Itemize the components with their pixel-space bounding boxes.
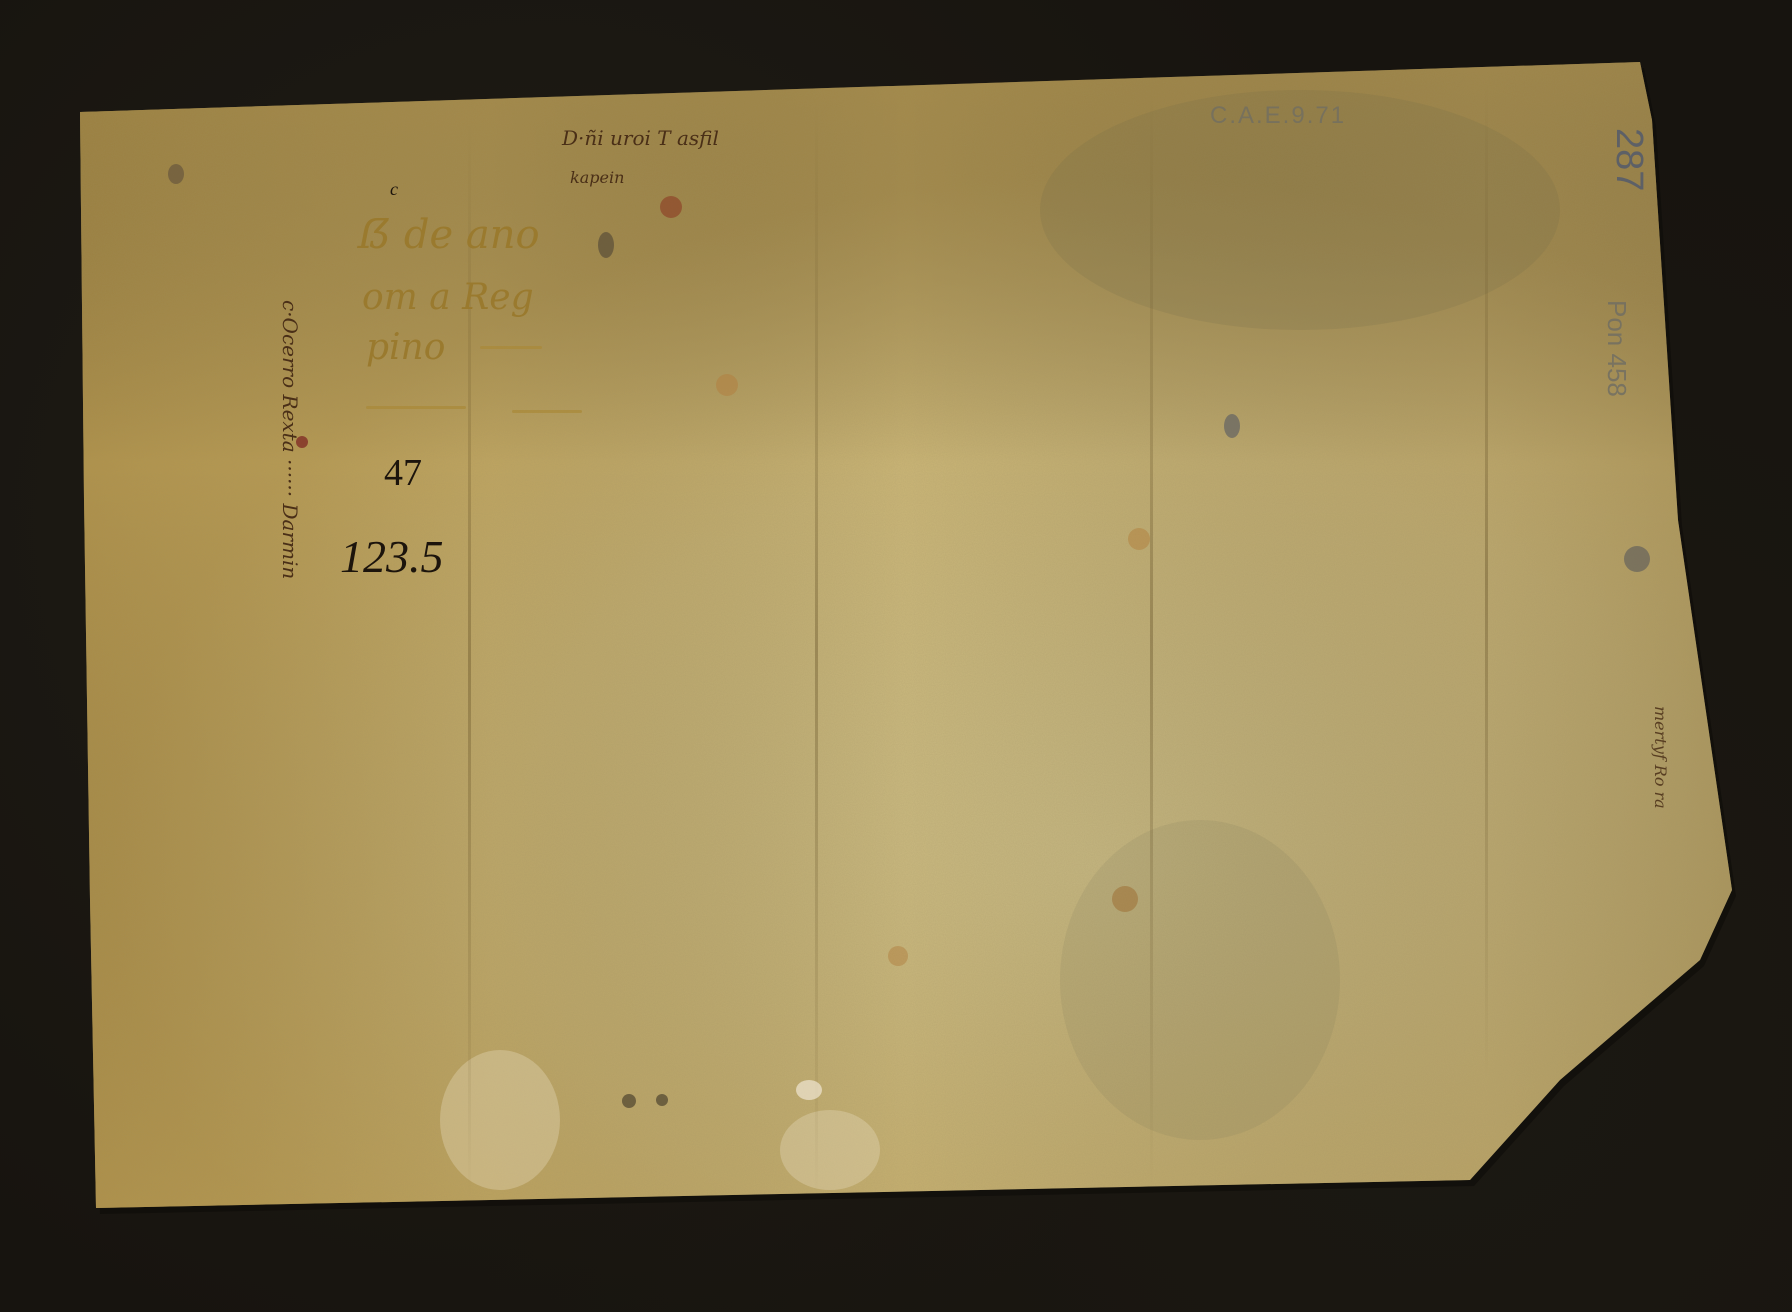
ochre-block-line2: om a Reg — [362, 280, 534, 316]
small-mark: c — [390, 180, 398, 198]
number-upper: 47 — [384, 454, 422, 492]
stain-spot — [168, 164, 184, 184]
top-right-pencil-shelfmark: C.A.E.9.71 — [1210, 104, 1346, 128]
stain-spot — [716, 374, 738, 396]
right-margin-vertical-number: Pon 458 — [1604, 300, 1630, 397]
stain-spot — [1128, 528, 1150, 550]
parchment: D·ñi uroi T asfil kapein c ẞ de ano om a… — [0, 0, 1792, 1312]
top-center-note-line1: D·ñi uroi T asfil — [562, 128, 719, 148]
ochre-block-line3: pino — [366, 330, 445, 366]
number-lower: 123.5 — [340, 534, 444, 580]
stain-spot — [1224, 414, 1240, 438]
stain-spot — [1112, 886, 1138, 912]
stain-spot — [598, 232, 614, 258]
stain-spot — [888, 946, 908, 966]
parchment-shape — [0, 0, 1792, 1312]
fold-line — [1485, 80, 1488, 1080]
fold-line — [1150, 90, 1153, 1190]
ochre-underline — [480, 346, 542, 349]
stain-spot — [1624, 546, 1650, 572]
right-edge-vertical-note: mertyf Ro ra — [1652, 706, 1668, 809]
stain-spot — [796, 1080, 822, 1100]
fold-line — [815, 100, 818, 1200]
top-center-note-line2: kapein — [570, 170, 624, 186]
stain-spot — [660, 196, 682, 218]
stain-spot — [622, 1094, 636, 1108]
stain-spot — [656, 1094, 668, 1106]
ochre-divider-left — [366, 406, 466, 409]
ochre-block-line1: ẞ de ano — [358, 215, 540, 255]
left-margin-vertical-note: c·Ocerro Rexta ······ Darmin — [280, 300, 300, 579]
right-margin-number: 287 — [1610, 128, 1648, 191]
ochre-divider-right — [512, 410, 582, 413]
